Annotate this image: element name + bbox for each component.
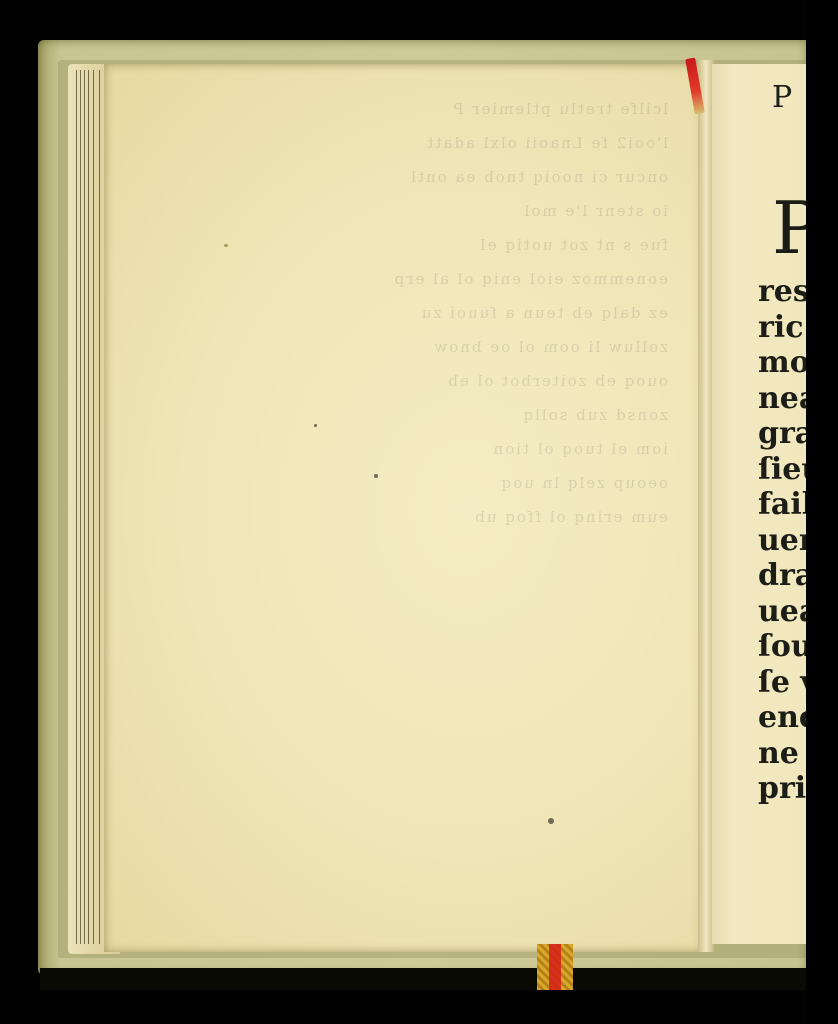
paper-speck xyxy=(224,244,228,247)
show-through-line: oeoup zelq ln uoq xyxy=(164,466,668,500)
text-line: enc xyxy=(758,700,808,736)
show-through-line: lcilfe tretlu ptlemier P xyxy=(164,92,668,126)
show-through-line: ez dalq eb teun a fuuoi zu xyxy=(164,296,668,330)
text-line: ric xyxy=(758,310,808,346)
show-through-line: eonemmoz eiol eniq ol al erp xyxy=(164,262,668,296)
show-through-line: ouoq eb zoiterbot ol eb xyxy=(164,364,668,398)
show-through-text: lcilfe tretlu ptlemier P l'ooi2 fe Lnaoi… xyxy=(164,92,668,812)
ribbon-bookmark-bottom xyxy=(537,944,573,990)
text-line: uen xyxy=(758,523,808,559)
text-line: fail xyxy=(758,487,808,523)
show-through-line: eum erinq ol ffoq ub xyxy=(164,500,668,534)
text-line: res xyxy=(758,274,808,310)
left-page-verso: lcilfe tretlu ptlemier P l'ooi2 fe Lnaoi… xyxy=(104,64,708,952)
show-through-line: fue s nt zot uotiq eI xyxy=(164,228,668,262)
scan-crop-edge xyxy=(806,0,838,1024)
text-line: uea xyxy=(758,594,808,630)
show-through-line: zonsd zub sollq xyxy=(164,398,668,432)
show-through-line: l'ooi2 fe Lnaoii olxl adatt xyxy=(164,126,668,160)
text-line: prin xyxy=(758,771,808,807)
text-line: mo xyxy=(758,345,808,381)
text-line: ne f xyxy=(758,736,808,772)
paper-speck xyxy=(374,474,378,478)
paper-speck xyxy=(548,818,554,824)
text-line: gra xyxy=(758,416,808,452)
body-text: res ric mo nea gra ſieu fail uen dra uea… xyxy=(758,274,808,807)
show-through-line: io stenr l'e mol xyxy=(164,194,668,228)
drop-cap: P xyxy=(772,192,808,264)
text-line: dra xyxy=(758,558,808,594)
show-through-line: iom el tuoq ol tion xyxy=(164,432,668,466)
show-through-line: oncur ci nooiq tnob ea ontl xyxy=(164,160,668,194)
book-scan: lcilfe tretlu ptlemier P l'ooi2 fe Lnaoi… xyxy=(0,0,838,1024)
text-line: ſou xyxy=(758,629,808,665)
text-line: ſe v xyxy=(758,665,808,701)
text-line: nea xyxy=(758,381,808,417)
show-through-line: zolluw li oom ol oe bnow xyxy=(164,330,668,364)
cover-bottom-shadow xyxy=(40,968,808,990)
text-line: ſieu xyxy=(758,452,808,488)
paper-speck xyxy=(314,424,317,427)
running-head: P xyxy=(772,80,794,115)
right-page-recto: P P res ric mo nea gra ſieu fail uen dra… xyxy=(712,64,808,944)
